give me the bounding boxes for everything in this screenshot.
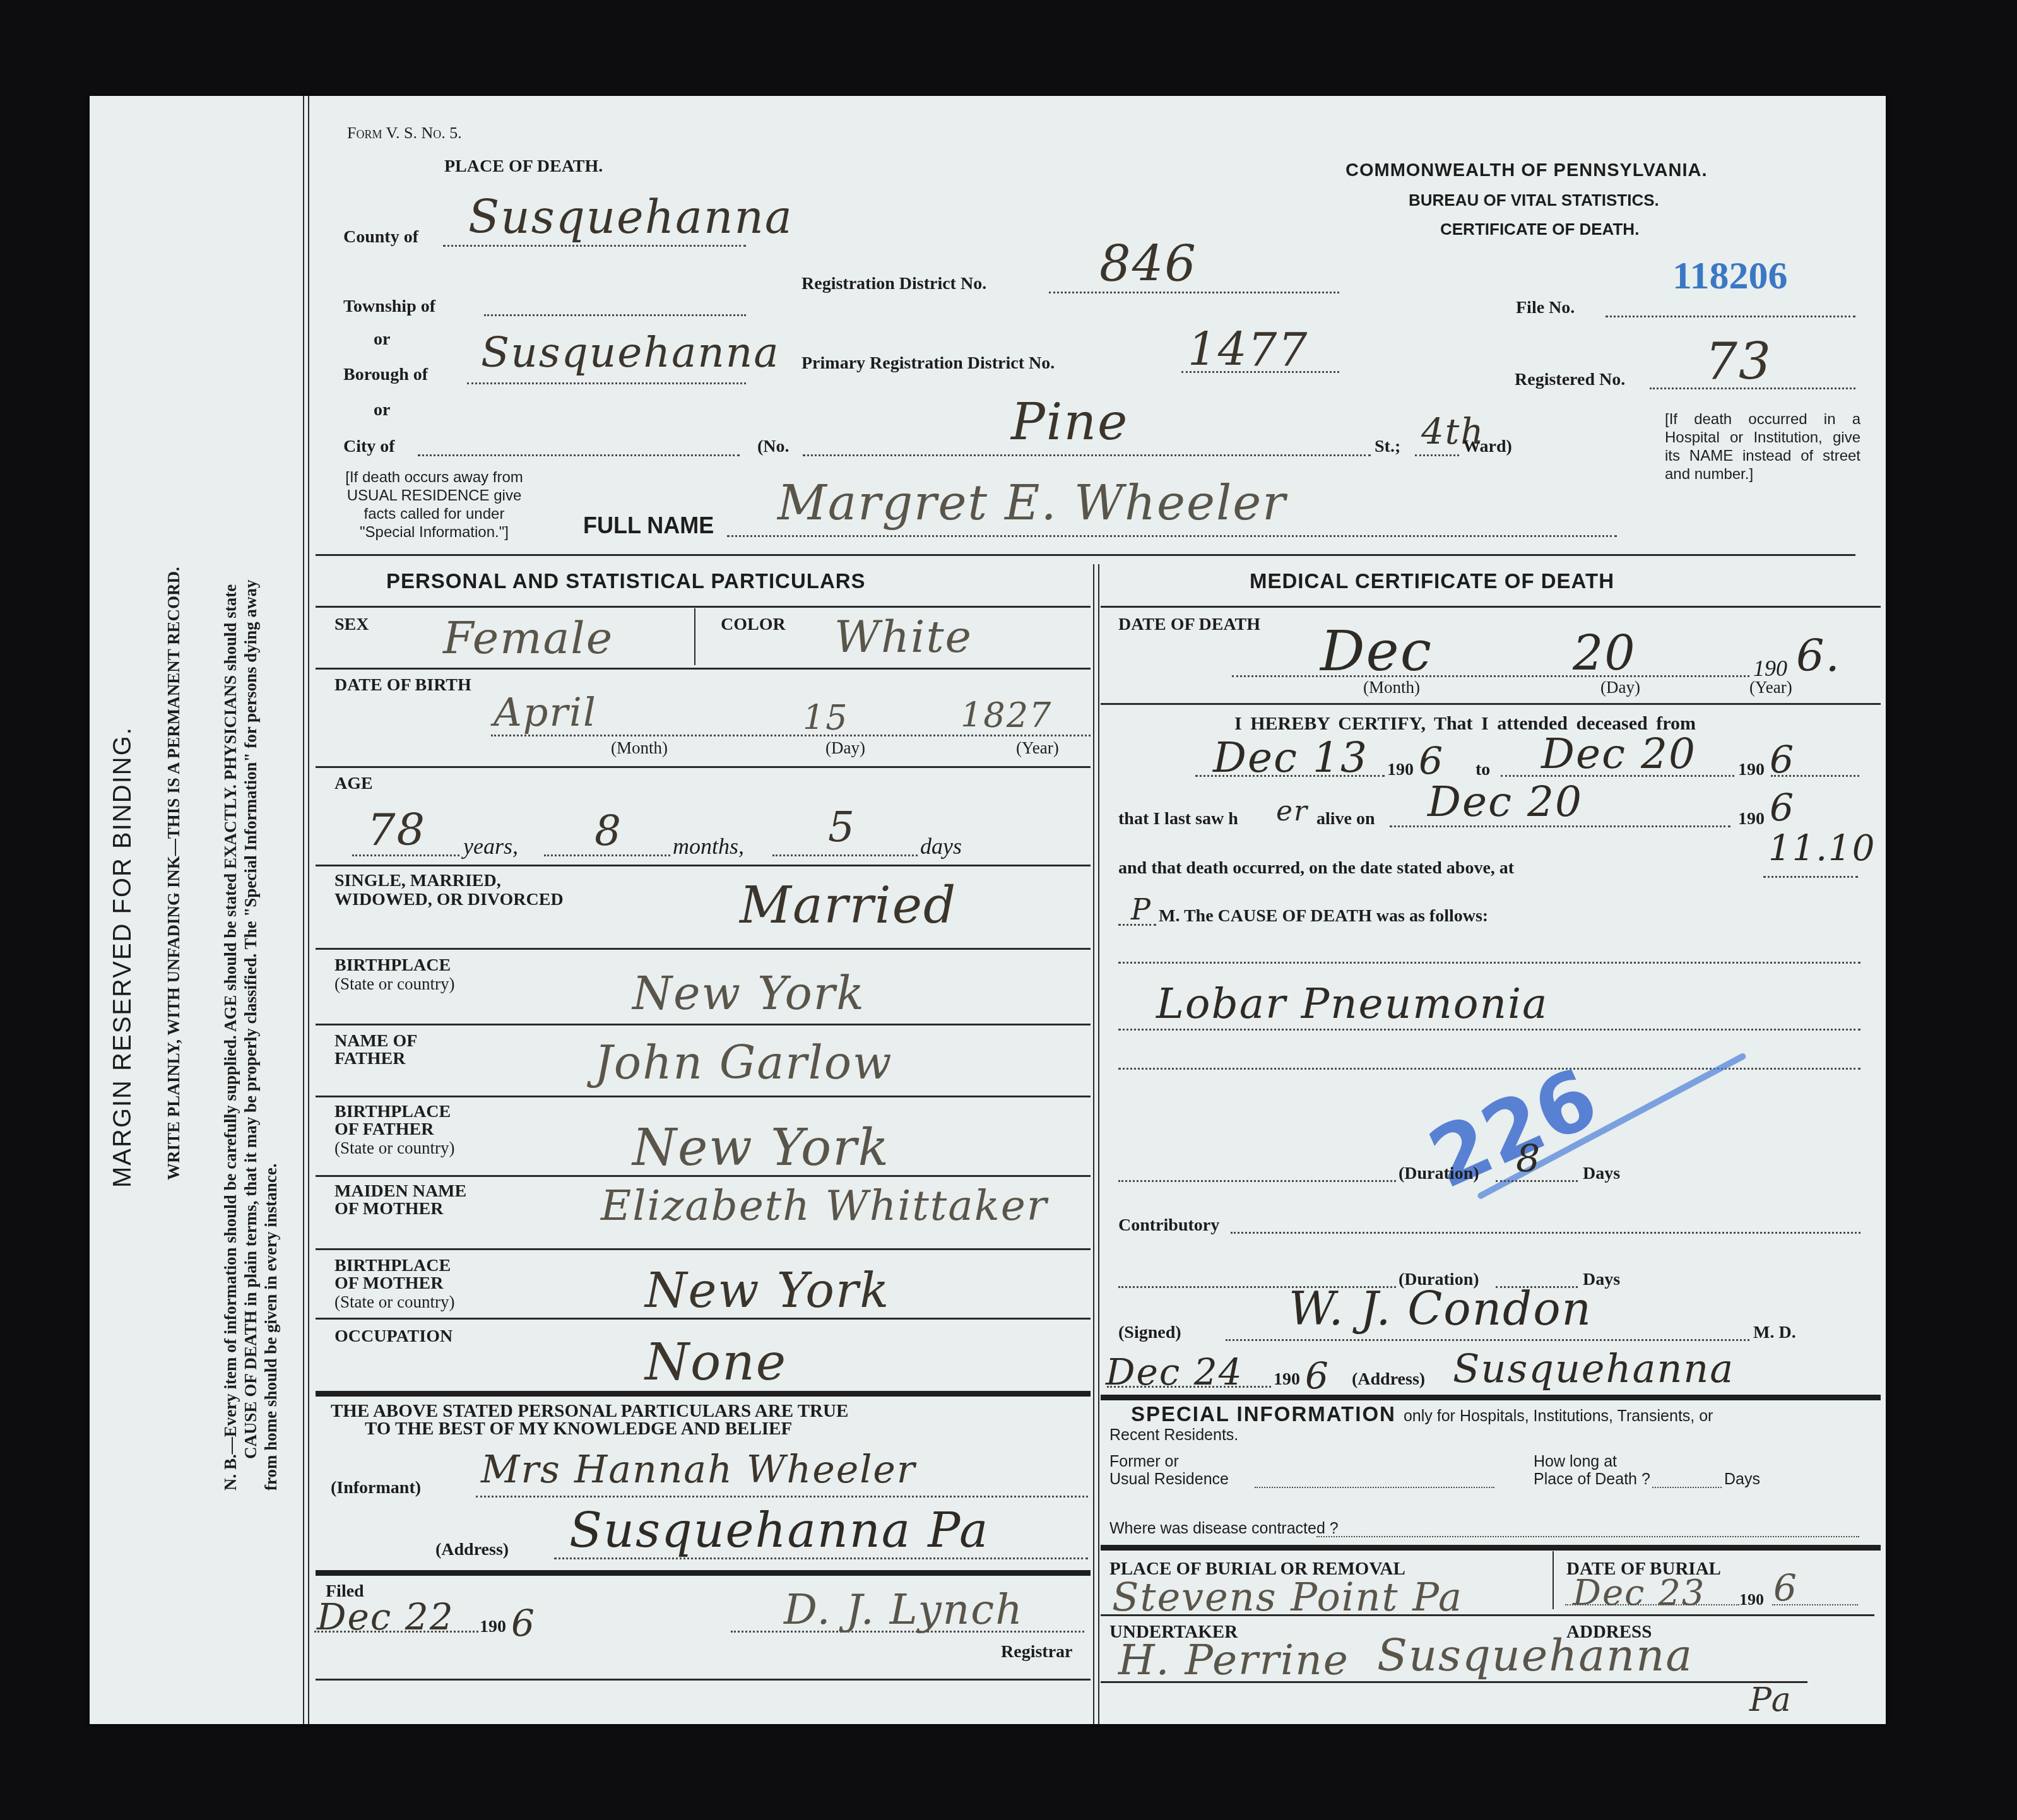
registered-no-value[interactable]: 73 <box>1705 332 1772 391</box>
color-label: COLOR <box>721 615 786 635</box>
personal-heading: PERSONAL AND STATISTICAL PARTICULARS <box>386 569 866 593</box>
signed-year-prefix: 190 <box>1274 1369 1300 1390</box>
special-info-heading: SPECIAL INFORMATION <box>1131 1402 1396 1426</box>
filed-year-suffix[interactable]: 6 <box>511 1602 536 1645</box>
file-no-label: File No. <box>1516 298 1575 318</box>
hospital-note: [If death occurred in a Hospital or Inst… <box>1665 410 1860 483</box>
mother-bp-caption: (State or country) <box>334 1292 454 1312</box>
burial-place-value[interactable]: Stevens Point Pa <box>1112 1574 1463 1620</box>
medical-rule-2 <box>1101 703 1881 705</box>
borough-value[interactable]: Susquehanna <box>481 328 780 377</box>
personal-rule-4 <box>316 865 1091 866</box>
cause-line-3 <box>1118 1068 1860 1070</box>
former-residence-label-2: Usual Residence <box>1109 1470 1229 1489</box>
sex-value[interactable]: Female <box>443 612 613 664</box>
informant-value[interactable]: Mrs Hannah Wheeler <box>481 1448 916 1492</box>
personal-bottom-rule <box>316 1679 1091 1681</box>
reg-district-value[interactable]: 846 <box>1099 236 1197 293</box>
contracted-line <box>1316 1536 1859 1537</box>
personal-rule-2 <box>316 668 1091 670</box>
marital-label-2: WIDOWED, OR DIVORCED <box>334 890 564 910</box>
how-long-days: Days <box>1724 1470 1760 1489</box>
street-value[interactable]: Pine <box>1011 393 1128 451</box>
dob-month-caption: (Month) <box>611 738 668 758</box>
contributory-line <box>1231 1232 1860 1234</box>
informant-address-label: (Address) <box>435 1540 509 1560</box>
personal-rule-9 <box>316 1248 1091 1250</box>
margin-divider <box>303 96 304 1724</box>
personal-rule-7 <box>316 1096 1091 1097</box>
attended-to-date[interactable]: Dec 20 <box>1541 730 1696 778</box>
primary-district-value[interactable]: 1477 <box>1188 323 1308 376</box>
special-info-qualifier: only for Hospitals, Institutions, Transi… <box>1404 1407 1713 1425</box>
margin-nb-line2: CAUSE OF DEATH in plain terms, that it m… <box>241 579 261 1459</box>
sex-label: SEX <box>334 615 369 635</box>
personal-rule-5 <box>316 948 1091 950</box>
father-bp-label-2: OF FATHER <box>334 1120 434 1140</box>
personal-thick-rule-2 <box>316 1570 1091 1576</box>
months-caption: months, <box>673 833 744 860</box>
personal-rule-10 <box>316 1318 1091 1320</box>
color-value[interactable]: White <box>834 611 973 663</box>
father-bp-value[interactable]: New York <box>632 1118 890 1177</box>
margin-nb-line1: N. B.—Every item of information should b… <box>221 584 240 1491</box>
medical-thick-rule-2 <box>1101 1545 1881 1551</box>
personal-thick-rule-1 <box>316 1391 1091 1397</box>
ward-label: Ward) <box>1463 437 1512 457</box>
last-saw-text: that I last saw h <box>1118 809 1238 829</box>
city-line <box>418 454 740 456</box>
mother-label-2: OF MOTHER <box>334 1199 443 1219</box>
personal-rule-8 <box>316 1175 1091 1177</box>
dod-year-caption: (Year) <box>1749 678 1792 697</box>
signed-year[interactable]: 6 <box>1305 1354 1330 1397</box>
special-info-recent: Recent Residents. <box>1109 1426 1238 1445</box>
township-line <box>484 314 746 316</box>
age-label: AGE <box>334 774 373 794</box>
undertaker-rule <box>1101 1681 1807 1683</box>
burial-year-suffix[interactable]: 6 <box>1773 1566 1798 1609</box>
ward-line <box>1415 454 1459 456</box>
or-label-1: or <box>374 329 390 350</box>
margin-nb-line3: from home should be given in every insta… <box>261 1164 281 1491</box>
county-line <box>443 245 746 247</box>
borough-label: Borough of <box>343 365 428 385</box>
occupation-value[interactable]: None <box>645 1333 787 1392</box>
informant-label: (Informant) <box>331 1478 421 1498</box>
father-bp-caption: (State or country) <box>334 1138 454 1158</box>
time-line <box>1763 876 1858 878</box>
cause-intro: M. The CAUSE OF DEATH was as follows: <box>1159 906 1488 926</box>
margin-binding-text: MARGIN RESERVED FOR BINDING. <box>109 726 137 1188</box>
dod-label: DATE OF DEATH <box>1118 615 1260 635</box>
duration-days-1: Days <box>1583 1164 1620 1184</box>
md-label: M. D. <box>1753 1323 1796 1343</box>
form-number: Form V. S. No. 5. <box>347 124 462 143</box>
medical-heading: MEDICAL CERTIFICATE OF DEATH <box>1250 569 1614 593</box>
st-label: St.; <box>1375 437 1400 457</box>
column-divider <box>1093 564 1094 1724</box>
dob-day[interactable]: 15 <box>803 698 849 738</box>
burial-year-prefix: 190 <box>1739 1590 1764 1609</box>
place-of-death-title: PLACE OF DEATH. <box>444 157 603 177</box>
reg-district-label: Registration District No. <box>801 274 986 294</box>
contracted-label: Where was disease contracted ? <box>1109 1520 1339 1538</box>
dod-month-caption: (Month) <box>1363 678 1420 697</box>
dob-year-caption: (Year) <box>1016 738 1059 758</box>
last-saw-pronoun[interactable]: er <box>1276 795 1308 827</box>
personal-rule-1 <box>316 606 1091 608</box>
alive-on-text: alive on <box>1316 809 1375 829</box>
cause-of-death[interactable]: Lobar Pneumonia <box>1156 979 1548 1028</box>
last-saw-year-prefix: 190 <box>1738 809 1765 829</box>
commonwealth-title: COMMONWEALTH OF PENNSYLVANIA. <box>1346 160 1708 181</box>
undertaker-address-value[interactable]: Susquehanna <box>1377 1629 1693 1681</box>
dob-month[interactable]: April <box>494 689 597 735</box>
medical-thick-rule-1 <box>1101 1395 1881 1400</box>
borough-line <box>467 382 746 384</box>
cause-line-2 <box>1118 1029 1860 1031</box>
birthplace-caption: (State or country) <box>334 974 454 994</box>
age-days-line <box>772 854 918 856</box>
mother-value[interactable]: Elizabeth Whittaker <box>601 1181 1048 1230</box>
death-occurred-text: and that death occurred, on the date sta… <box>1118 858 1514 878</box>
years-caption: years, <box>463 833 518 860</box>
duration-label-1: (Duration) <box>1399 1164 1479 1184</box>
burial-year-line <box>1772 1604 1858 1605</box>
dod-day[interactable]: 20 <box>1573 625 1636 681</box>
dob-year[interactable]: 1827 <box>961 695 1052 735</box>
death-certificate: MARGIN RESERVED FOR BINDING. WRITE PLAIN… <box>90 96 1886 1724</box>
undertaker-address-state[interactable]: Pa <box>1749 1681 1792 1719</box>
township-label: Township of <box>343 297 435 317</box>
dod-year-suffix[interactable]: 6. <box>1796 630 1841 682</box>
former-residence-label-1: Former or <box>1109 1453 1179 1471</box>
or-label-2: or <box>374 400 390 420</box>
signed-label: (Signed) <box>1118 1323 1181 1343</box>
full-name-line <box>727 535 1617 537</box>
filed-year-prefix: 190 <box>480 1617 506 1637</box>
bureau-title: BUREAU OF VITAL STATISTICS. <box>1409 191 1659 210</box>
undertaker-value[interactable]: H. Perrine <box>1118 1636 1349 1684</box>
burial-divider <box>1553 1551 1554 1609</box>
city-label: City of <box>343 437 395 457</box>
registrar-signature[interactable]: D. J. Lynch <box>784 1585 1024 1634</box>
informant-line <box>476 1496 1088 1498</box>
age-years[interactable]: 78 <box>367 804 426 856</box>
marital-label-1: SINGLE, MARRIED, <box>334 871 501 891</box>
street-no-label: (No. <box>757 437 790 457</box>
residence-note: [If death occurs away from USUAL RESIDEN… <box>334 468 534 541</box>
county-label: County of <box>343 227 418 247</box>
dob-label: DATE OF BIRTH <box>334 675 471 695</box>
affirm-line-2: TO THE BEST OF MY KNOWLEDGE AND BELIEF <box>365 1419 792 1439</box>
medical-rule-1 <box>1101 606 1881 608</box>
physician-address[interactable]: Susquehanna <box>1453 1345 1734 1392</box>
certificate-title: CERTIFICATE OF DEATH. <box>1440 220 1639 239</box>
cause-line-1 <box>1118 962 1860 964</box>
cause-line-4 <box>1118 1180 1396 1182</box>
margin-divider-2 <box>308 96 309 1724</box>
physician-signature[interactable]: W. J. Condon <box>1289 1282 1592 1335</box>
personal-rule-6 <box>316 1024 1091 1025</box>
signed-line <box>1226 1339 1749 1341</box>
former-residence-line <box>1255 1487 1494 1488</box>
how-long-label-2: Place of Death ? <box>1534 1470 1650 1489</box>
full-name-label: FULL NAME <box>583 512 714 539</box>
header-bottom-rule <box>316 554 1855 556</box>
margin-write-plainly: WRITE PLAINLY, WITH UNFADING INK—THIS IS… <box>164 567 184 1180</box>
informant-address-value[interactable]: Susquehanna Pa <box>569 1502 989 1558</box>
marital-value[interactable]: Married <box>740 876 957 935</box>
mother-bp-label-2: OF MOTHER <box>334 1273 443 1294</box>
contributory-label: Contributory <box>1118 1215 1219 1236</box>
county-value[interactable]: Susquehanna <box>468 191 793 244</box>
physician-address-label: (Address) <box>1352 1369 1425 1390</box>
registered-no-label: Registered No. <box>1515 370 1625 390</box>
father-value[interactable]: John Garlow <box>594 1036 893 1089</box>
attended-from-year-prefix: 190 <box>1387 760 1414 780</box>
death-time[interactable]: 11.10 <box>1768 828 1876 869</box>
signed-date[interactable]: Dec 24 <box>1106 1350 1243 1393</box>
dod-line <box>1232 675 1749 677</box>
mother-bp-value[interactable]: New York <box>645 1262 890 1318</box>
attended-to-year-line <box>1771 775 1859 777</box>
occupation-label: OCCUPATION <box>334 1327 452 1347</box>
death-meridiem[interactable]: P <box>1131 892 1152 926</box>
age-days[interactable]: 5 <box>828 803 856 851</box>
special-info-heading-line: SPECIAL INFORMATION only for Hospitals, … <box>1131 1402 1713 1426</box>
registrar-label: Registrar <box>1001 1642 1073 1662</box>
file-no-line <box>1606 316 1855 317</box>
street-no-line <box>803 454 1371 456</box>
file-number-stamp: 118206 <box>1672 254 1788 298</box>
father-label-2: FATHER <box>334 1049 406 1069</box>
attended-from-date[interactable]: Dec 13 <box>1213 733 1368 782</box>
how-long-label-1: How long at <box>1534 1453 1617 1471</box>
full-name-value[interactable]: Margret E. Wheeler <box>778 475 1287 531</box>
burial-rule <box>1101 1614 1874 1616</box>
birthplace-value[interactable]: New York <box>632 967 865 1020</box>
filed-date[interactable]: Dec 22 <box>317 1595 454 1638</box>
last-saw-date[interactable]: Dec 20 <box>1428 777 1583 826</box>
age-months[interactable]: 8 <box>594 807 622 855</box>
dod-month[interactable]: Dec <box>1320 618 1433 683</box>
dod-day-caption: (Day) <box>1600 678 1640 697</box>
how-long-line <box>1652 1487 1722 1488</box>
primary-district-label: Primary Registration District No. <box>801 353 1055 374</box>
last-saw-year[interactable]: 6 <box>1770 786 1795 830</box>
personal-rule-3 <box>316 766 1091 768</box>
burial-date-value[interactable]: Dec 23 <box>1573 1573 1705 1614</box>
sex-color-divider <box>694 608 695 665</box>
days-caption: days <box>920 833 962 860</box>
attended-to-year-prefix: 190 <box>1738 760 1765 780</box>
birthplace-label: BIRTHPLACE <box>334 955 451 976</box>
dob-day-caption: (Day) <box>825 738 865 758</box>
duration-value[interactable]: 8 <box>1516 1137 1541 1181</box>
column-divider-2 <box>1098 564 1099 1724</box>
